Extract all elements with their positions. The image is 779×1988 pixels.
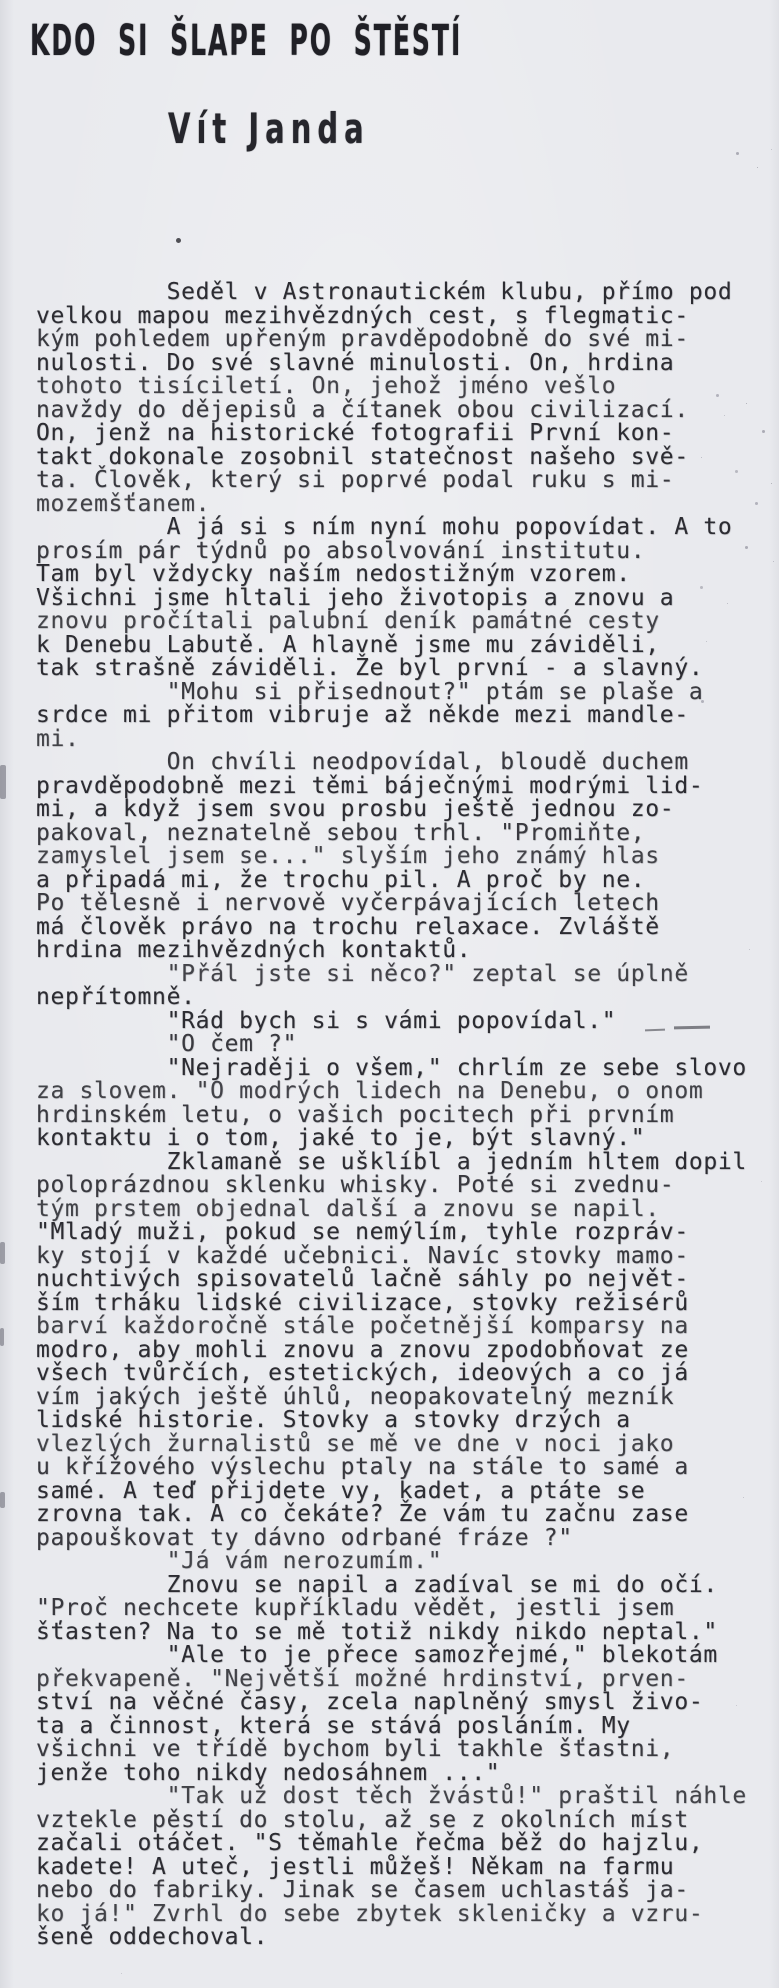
story-line: mi, a když jsem svou prosbu ještě jednou…: [36, 798, 747, 822]
story-line: ta a činnost, která se stává posláním. M…: [36, 1715, 747, 1739]
story-line: tohoto tisíciletí. On, jehož jméno vešlo: [36, 375, 747, 399]
story-line: barví každoročně stále početnější kompar…: [36, 1315, 747, 1339]
story-line: "O čem ?": [36, 1033, 747, 1057]
story-line: Seděl v Astronautickém klubu, přímo pod: [36, 281, 747, 305]
story-line: ta. Člověk, který si poprvé podal ruku s…: [36, 469, 747, 493]
story-line: takt dokonale zosobnil statečnost našeho…: [36, 446, 747, 470]
story-line: k Denebu Labutě. A hlavně jsme mu závidě…: [36, 634, 747, 658]
scan-edge-mark: [0, 1242, 5, 1264]
story-line: vím jakých ještě úhlů, neopakovatelný me…: [36, 1386, 747, 1410]
story-line: A já si s ním nyní mohu popovídat. A to: [36, 516, 747, 540]
story-line: jenže toho nikdy nedosáhnem ...": [36, 1762, 747, 1786]
story-line: "Nejraději o všem," chrlím ze sebe slovo: [36, 1057, 747, 1081]
story-line: všech tvůrčích, estetických, ideových a …: [36, 1362, 747, 1386]
story-line: samé. A teď přijdete vy, kadet, a ptáte …: [36, 1480, 747, 1504]
story-line: srdce mi přitom vibruje až někde mezi ma…: [36, 704, 747, 728]
story-line: nuchtivých spisovatelů lačně sáhly po ne…: [36, 1268, 747, 1292]
story-line: Znovu se napil a zadíval se mi do očí.: [36, 1574, 747, 1598]
story-line: šeně oddechoval.: [36, 1926, 747, 1950]
story-line: hrdinském letu, o vašich pocitech při pr…: [36, 1104, 747, 1128]
story-line: navždy do dějepisů a čítanek obou civili…: [36, 399, 747, 423]
story-line: hrdina mezihvězdných kontaktů.: [36, 939, 747, 963]
story-line: nulosti. Do své slavné minulosti. On, hr…: [36, 352, 747, 376]
story-line: kadete! A uteč, jestli můžeš! Někam na f…: [36, 1856, 747, 1880]
story-line: "Já vám nerozumím.": [36, 1550, 747, 1574]
scan-edge-mark: [0, 1328, 4, 1346]
ink-dot: [176, 238, 181, 243]
scan-artifact-dash: [674, 1026, 710, 1030]
story-line: zamyslel jsem se..." slyším jeho známý h…: [36, 845, 747, 869]
story-text: Seděl v Astronautickém klubu, přímo podv…: [36, 281, 747, 1950]
story-line: kontaktu i o tom, jaké to je, být slavný…: [36, 1127, 747, 1151]
story-line: velkou mapou mezihvězdných cest, s flegm…: [36, 305, 747, 329]
story-line: nepřítomně.: [36, 986, 747, 1010]
story-line: "Tak už dost těch žvástů!" praštil náhle: [36, 1785, 747, 1809]
story-line: "Přál jste si něco?" zeptal se úplně: [36, 963, 747, 987]
story-line: a připadá mi, že trochu pil. A proč by n…: [36, 869, 747, 893]
story-line: ství na věčné časy, zcela naplněný smysl…: [36, 1691, 747, 1715]
story-line: On chvíli neodpovídal, bloudě duchem: [36, 751, 747, 775]
scan-edge-mark: [0, 765, 6, 799]
story-line: zrovna tak. A co čekáte? Že vám tu začnu…: [36, 1503, 747, 1527]
story-line: papouškovat ty dávno odrbané fráze ?": [36, 1527, 747, 1551]
story-line: znovu pročítali palubní deník památné ce…: [36, 610, 747, 634]
story-line: "Proč nechcete kupříkladu vědět, jestli …: [36, 1597, 747, 1621]
scan-noise: [0, 0, 3, 3]
story-line: nebo do fabriky. Jinak se časem uchlastá…: [36, 1879, 747, 1903]
story-line: šťasten? Na to se mě totiž nikdy nikdo n…: [36, 1621, 747, 1645]
story-line: vlezlých žurnalistů se mě ve dne v noci …: [36, 1433, 747, 1457]
story-line: tak strašně záviděli. Že byl první - a s…: [36, 657, 747, 681]
story-line: Všichni jsme hltali jeho životopis a zno…: [36, 587, 747, 611]
story-line: lidské historie. Stovky a stovky drzých …: [36, 1409, 747, 1433]
story-line: u křížového výslechu ptaly na stále to s…: [36, 1456, 747, 1480]
scan-edge-mark: [0, 1492, 5, 1508]
story-line: On, jenž na historické fotografii První …: [36, 422, 747, 446]
story-line: má člověk právo na trochu relaxace. Zvlá…: [36, 916, 747, 940]
story-line: všichni ve třídě bychom byli takhle šťas…: [36, 1738, 747, 1762]
story-line: mozemšťanem.: [36, 493, 747, 517]
story-line: ko já!" Zvrhl do sebe zbytek skleničky a…: [36, 1903, 747, 1927]
story-title: KDO SI ŠLAPE PO ŠTĚSTÍ: [30, 16, 462, 65]
story-author: Vít Janda: [168, 104, 370, 153]
story-line: Tam byl vždycky naším nedostižným vzorem…: [36, 563, 747, 587]
story-line: "Mohu si přisednout?" ptám se plaše a: [36, 681, 747, 705]
story-line: kým pohledem upřeným pravděpodobně do sv…: [36, 328, 747, 352]
story-line: pravděpodobně mezi těmi báječnými modrým…: [36, 775, 747, 799]
story-line: ším trháku lidské civilizace, stovky rež…: [36, 1292, 747, 1316]
story-line: ky stojí v každé učebnici. Navíc stovky …: [36, 1245, 747, 1269]
story-line: pakoval, neznatelně sebou trhl. "Promiňt…: [36, 822, 747, 846]
story-line: "Mladý muži, pokud se nemýlím, tyhle roz…: [36, 1221, 747, 1245]
story-line: začali otáčet. "S těmahle řečma běž do h…: [36, 1832, 747, 1856]
story-line: "Ale to je přece samozřejmé," blekotám: [36, 1644, 747, 1668]
story-line: modro, aby mohli znovu a znovu zpodobňov…: [36, 1339, 747, 1363]
story-line: za slovem. "O modrých lidech na Denebu, …: [36, 1080, 747, 1104]
story-line: tým prstem objednal další a znovu se nap…: [36, 1198, 747, 1222]
story-line: překvapeně. "Největší možné hrdinství, p…: [36, 1668, 747, 1692]
story-line: mi.: [36, 728, 747, 752]
story-line: "Rád bych si s vámi popovídal.": [36, 1010, 747, 1034]
story-line: prosím pár týdnů po absolvování institut…: [36, 540, 747, 564]
story-line: poloprázdnou sklenku whisky. Poté si zve…: [36, 1174, 747, 1198]
story-line: Zklamaně se ušklíbl a jedním hltem dopil: [36, 1151, 747, 1175]
story-line: vztekle pěstí do stolu, až se z okolních…: [36, 1809, 747, 1833]
scanned-page: KDO SI ŠLAPE PO ŠTĚSTÍ Vít Janda Seděl v…: [0, 0, 779, 1988]
story-line: Po tělesně i nervově vyčerpávajících let…: [36, 892, 747, 916]
